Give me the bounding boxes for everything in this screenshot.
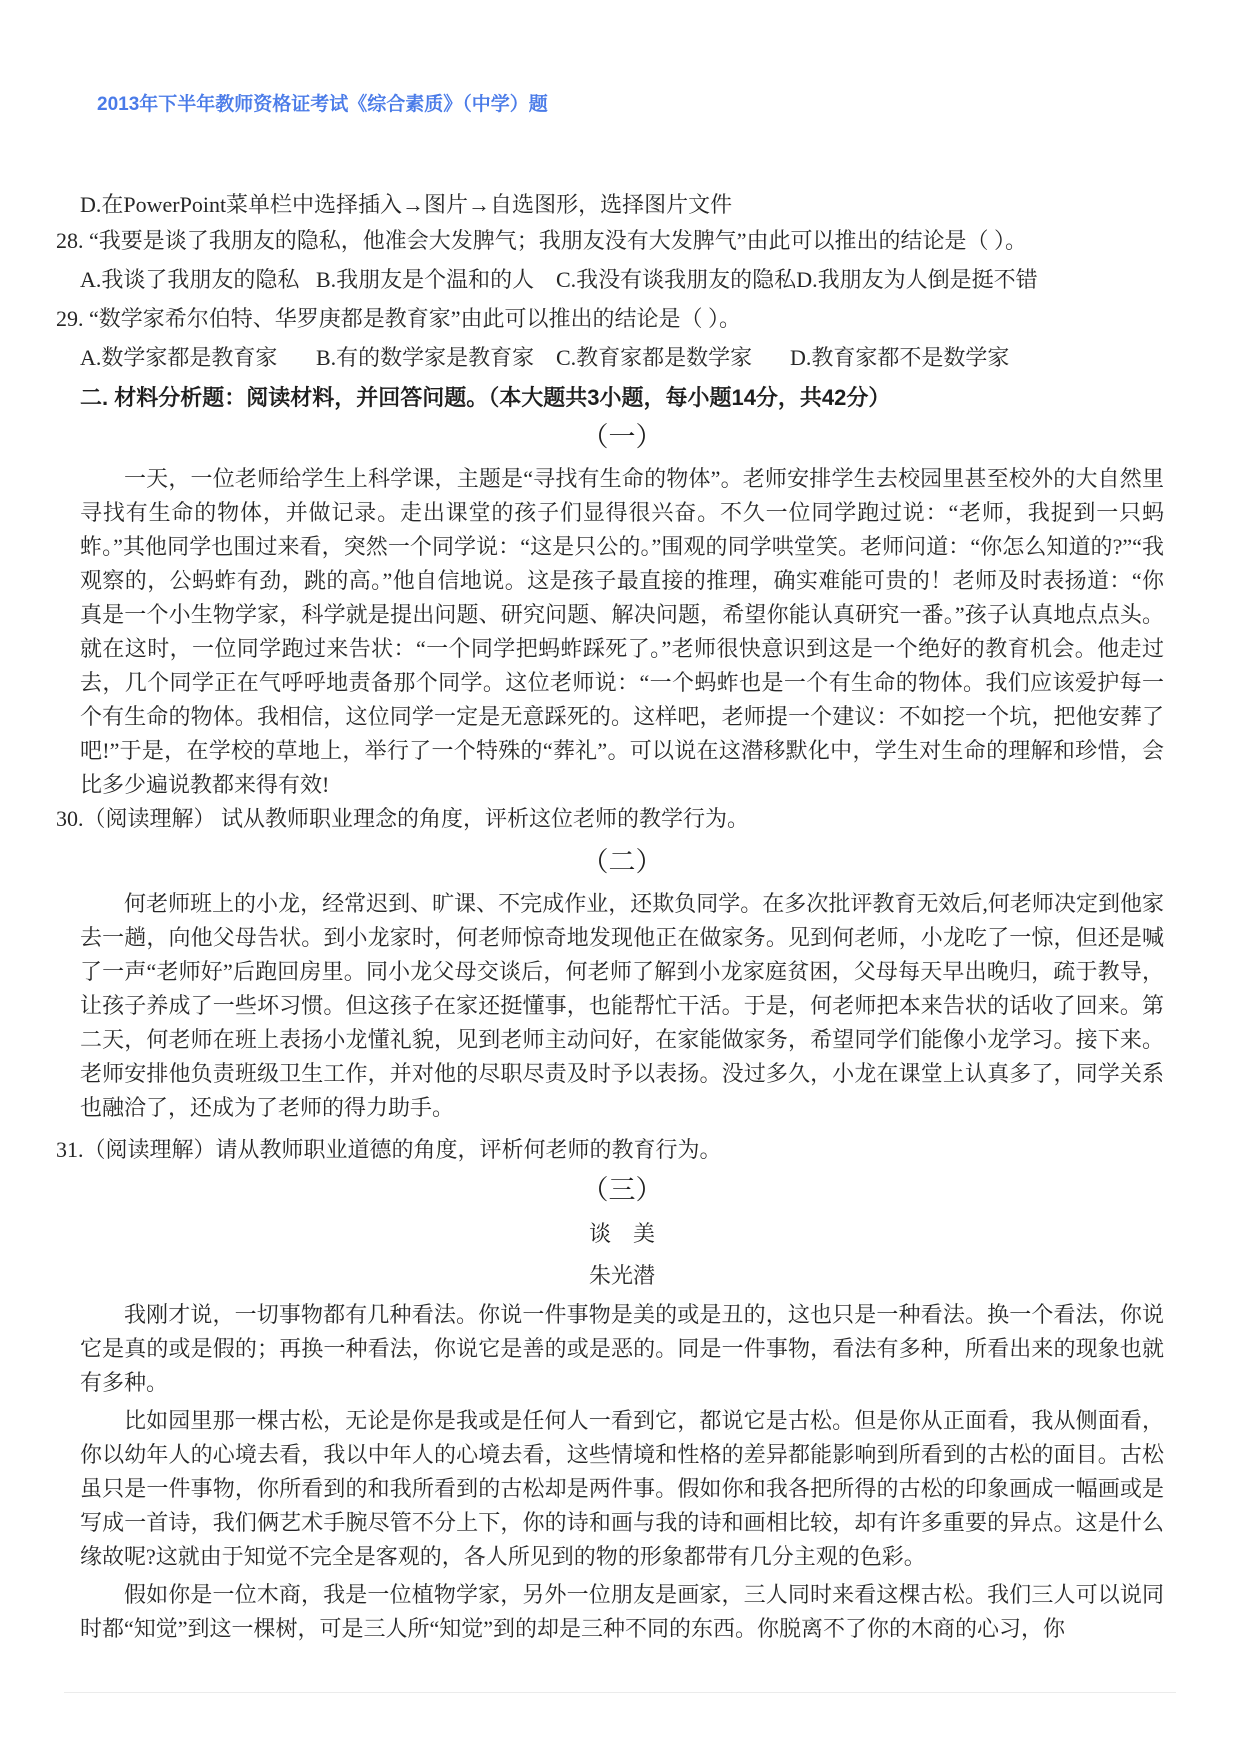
question-29-option-b: B.有的数学家是教育家 xyxy=(316,341,556,375)
material-three-label: （三） xyxy=(80,1170,1164,1210)
page-bottom-divider xyxy=(64,1692,1176,1693)
essay-author: 朱光潜 xyxy=(80,1258,1164,1294)
essay-paragraph-3: 假如你是一位木商，我是一位植物学家，另外一位朋友是画家，三人同时来看这棵古松。我… xyxy=(80,1578,1164,1646)
question-28-options: A.我谈了我朋友的隐私 B.我朋友是个温和的人 C.我没有谈我朋友的隐私 D.我… xyxy=(80,263,1164,297)
question-29-option-a: A.数学家都是教育家 xyxy=(80,341,316,375)
material-two-label: （二） xyxy=(80,842,1164,882)
question-28-stem: 28. “我要是谈了我朋友的隐私，他准会大发脾气；我朋友没有大发脾气”由此可以推… xyxy=(56,224,1164,258)
essay-paragraph-1: 我刚才说，一切事物都有几种看法。你说一件事物是美的或是丑的，这也只是一种看法。换… xyxy=(80,1298,1164,1400)
question-29-option-c: C.教育家都是数学家 xyxy=(556,341,790,375)
material-one-label: （一） xyxy=(80,417,1164,457)
question-29-option-d: D.教育家都不是数学家 xyxy=(790,341,1009,375)
section-two-header: 二. 材料分析题：阅读材料，并回答问题。（本大题共3小题，每小题14分，共42分… xyxy=(80,380,1164,416)
question-29-options: A.数学家都是教育家 B.有的数学家是教育家 C.教育家都是数学家 D.教育家都… xyxy=(80,341,1164,375)
material-one-paragraph: 一天，一位老师给学生上科学课，主题是“寻找有生命的物体”。老师安排学生去校园里甚… xyxy=(80,462,1164,802)
exam-document-page: 2013年下半年教师资格证考试《综合素质》（中学）题 D.在PowerPoint… xyxy=(0,0,1240,1754)
question-28-option-d: D.我朋友为人倒是挺不错 xyxy=(796,263,1037,297)
question-28-option-a: A.我谈了我朋友的隐私 xyxy=(80,263,316,297)
material-two-paragraph: 何老师班上的小龙，经常迟到、旷课、不完成作业，还欺负同学。在多次批评教育无效后,… xyxy=(80,887,1164,1125)
question-30-stem: 30.（阅读理解） 试从教师职业理念的角度，评析这位老师的教学行为。 xyxy=(56,802,1164,836)
essay-paragraph-2: 比如园里那一棵古松，无论是你是我或是任何人一看到它，都说它是古松。但是你从正面看… xyxy=(80,1404,1164,1574)
essay-title: 谈 美 xyxy=(80,1216,1164,1252)
question-31-stem: 31.（阅读理解）请从教师职业道德的角度，评析何老师的教育行为。 xyxy=(56,1133,1164,1167)
page-title: 2013年下半年教师资格证考试《综合素质》（中学）题 xyxy=(97,92,1164,118)
question-option-d-line: D.在PowerPoint菜单栏中选择插入→图片→自选图形，选择图片文件 xyxy=(80,188,1164,222)
question-28-option-c: C.我没有谈我朋友的隐私 xyxy=(556,263,796,297)
question-29-stem: 29. “数学家希尔伯特、华罗庚都是教育家”由此可以推出的结论是（ ）。 xyxy=(56,302,1164,336)
question-28-option-b: B.我朋友是个温和的人 xyxy=(316,263,556,297)
